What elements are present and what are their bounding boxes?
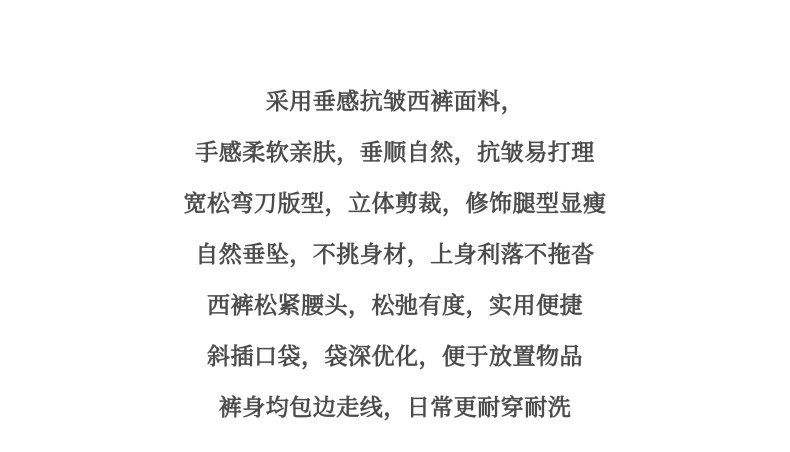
product-description: 采用垂感抗皱西裤面料， 手感柔软亲肤，垂顺自然，抗皱易打理 宽松弯刀版型，立体剪… <box>0 0 790 452</box>
description-line: 采用垂感抗皱西裤面料， <box>0 89 790 113</box>
description-line: 自然垂坠，不挑身材，上身利落不拖沓 <box>0 242 790 266</box>
description-line: 裤身均包边走线，日常更耐穿耐洗 <box>0 395 790 419</box>
description-line: 斜插口袋，袋深优化，便于放置物品 <box>0 344 790 368</box>
description-line: 手感柔软亲肤，垂顺自然，抗皱易打理 <box>0 140 790 164</box>
description-line: 西裤松紧腰头，松弛有度，实用便捷 <box>0 293 790 317</box>
description-line: 宽松弯刀版型，立体剪裁，修饰腿型显瘦 <box>0 191 790 215</box>
